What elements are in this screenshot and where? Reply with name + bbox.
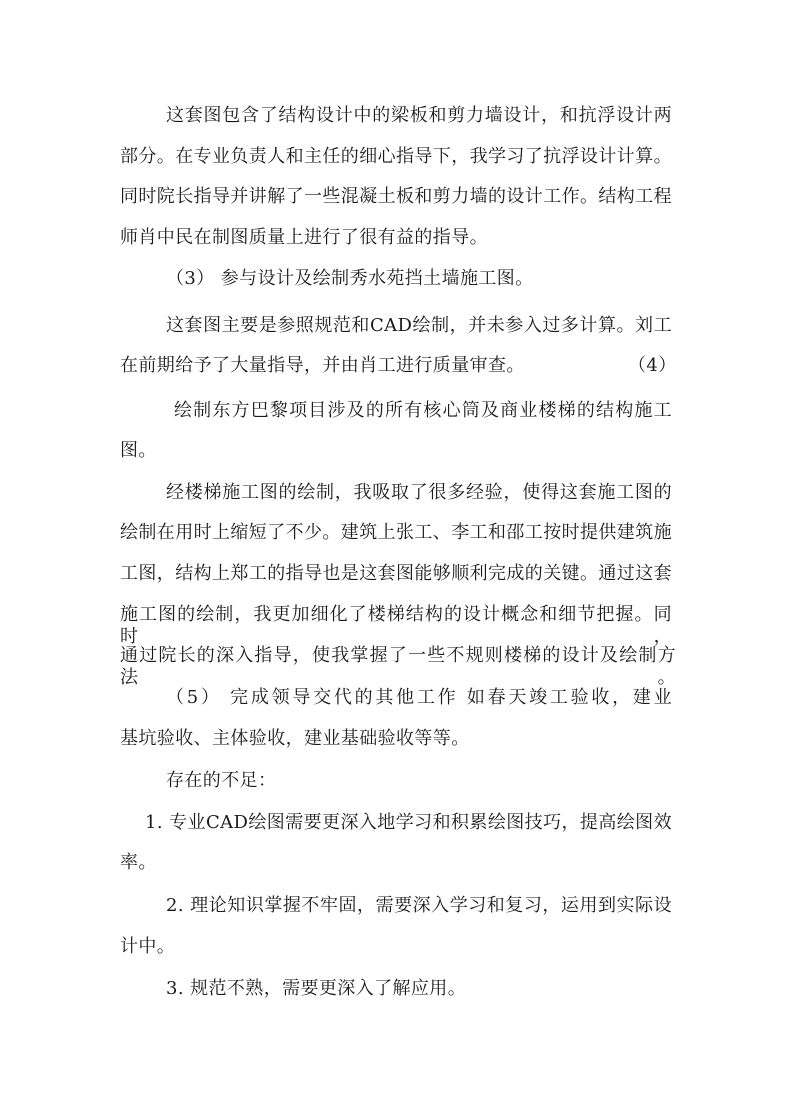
text-line: （5） 完成领导交代的其他工作 如春天竣工验收，建业 xyxy=(166,687,672,709)
text-line: 基坑验收、主体验收，建业基础验收等等。 xyxy=(120,728,470,750)
text-line: 绘制在用时上缩短了不少。建筑上张工、李工和邵工按时提供建筑施 xyxy=(120,522,672,544)
text-line: 在前期给予了大量指导，并由肖工进行质量审查。 xyxy=(120,355,525,377)
text-line: 3. 规范不熟，需要更深入了解应用。 xyxy=(166,978,466,1000)
text-line: （3） 参与设计及绘制秀水苑挡土墙施工图。 xyxy=(166,268,534,290)
text-line: 图。 xyxy=(120,440,157,462)
text-line: （4） xyxy=(628,355,677,377)
text-line: 工图，结构上郑工的指导也是这套图能够顺利完成的关键。通过这套 xyxy=(120,563,672,585)
text-line: 绘制东方巴黎项目涉及的所有核心筒及商业楼梯的结构施工 xyxy=(174,400,672,422)
text-line: 通过院长的深入指导，使我掌握了一些不规则楼梯的设计及绘制方法。 xyxy=(120,645,676,689)
text-line: 经楼梯施工图的绘制，我吸取了很多经验，使得这套施工图的 xyxy=(166,482,672,504)
text-line: 2. 理论知识掌握不牢固，需要深入学习和复习，运用到实际设 xyxy=(166,895,672,917)
text-line: 1. 专业CAD绘图需要更深入地学习和积累绘图技巧，提高绘图效 xyxy=(145,812,672,834)
text-line: 率。 xyxy=(120,852,157,874)
text-line: 部分。在专业负责人和主任的细心指导下，我学习了抗浮设计计算。 xyxy=(120,146,672,168)
text-line: 这套图主要是参照规范和CAD绘制，并未参入过多计算。刘工 xyxy=(166,315,672,337)
text-line: 同时院长指导并讲解了一些混凝土板和剪力墙的设计工作。结构工程 xyxy=(120,186,672,208)
document-page: 这套图包含了结构设计中的梁板和剪力墙设计，和抗浮设计两部分。在专业负责人和主任的… xyxy=(0,0,792,1120)
text-line: 师肖中民在制图质量上进行了很有益的指导。 xyxy=(120,227,488,249)
text-line: 计中。 xyxy=(120,936,175,958)
text-line: 这套图包含了结构设计中的梁板和剪力墙设计，和抗浮设计两 xyxy=(166,105,672,127)
text-line: 施工图的绘制，我更加细化了楼梯结构的设计概念和细节把握。同时， xyxy=(120,604,672,648)
text-line: 存在的不足： xyxy=(166,770,276,792)
